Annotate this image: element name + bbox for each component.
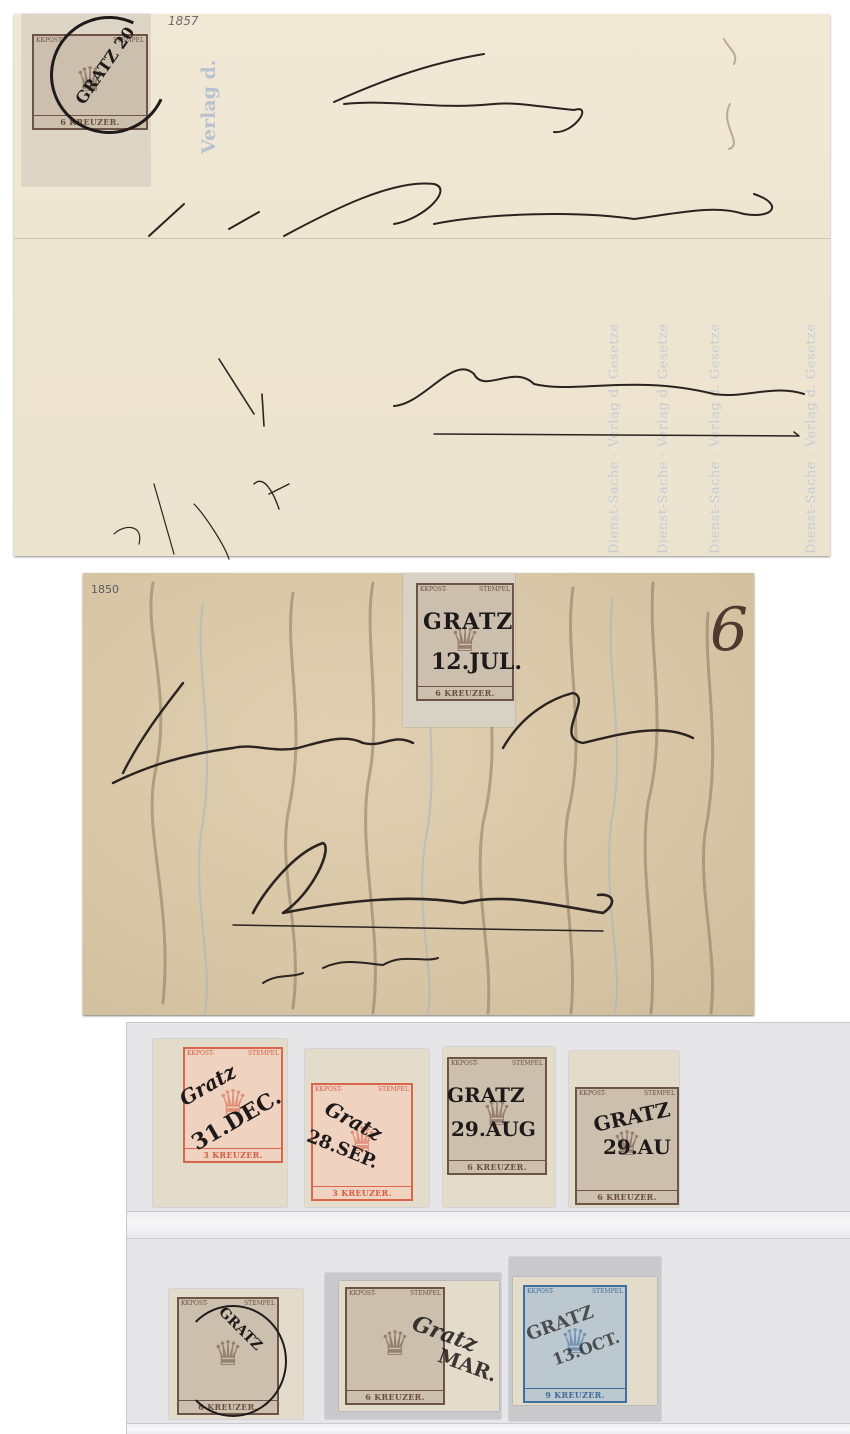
faint-print-column: Dienst-Sache · Verlag d. Gesetze <box>804 14 820 554</box>
stockbook-strip-divider <box>127 1211 850 1239</box>
stamp-value: 6 KREUZER. <box>347 1390 443 1403</box>
stamp-legend: KKPOST- STEMPEL <box>418 585 512 594</box>
stamp-6-kreuzer: KKPOST- STEMPEL ♛ 6 KREUZER. <box>416 583 514 701</box>
stamp-9-kreuzer: KKPOST-STEMPEL ♛ 9 KREUZER. <box>523 1285 627 1403</box>
stamp-legend: KKPOST- STEMPEL <box>34 36 146 45</box>
stamp-value: 3 KREUZER. <box>313 1186 411 1199</box>
eagle-crest-icon: ♛ <box>418 594 512 686</box>
stamp-6-kreuzer: KKPOST-STEMPEL ♛ 6 KREUZER. <box>575 1087 679 1205</box>
stamp-value: 3 KREUZER. <box>185 1148 281 1161</box>
eagle-crest-icon: ♛ <box>577 1098 677 1190</box>
cover-1850-front: 1850 6 KKPOST- STEMPEL ♛ 6 KREUZER. GRAT… <box>83 573 754 1015</box>
stamp-value: 6 KREUZER. <box>577 1190 677 1203</box>
stamp-6-kreuzer: KKPOST-STEMPEL ♛ 6 KREUZER. <box>447 1057 547 1175</box>
eagle-crest-icon: ♛ <box>185 1058 281 1148</box>
stamp-6-kreuzer: KKPOST- STEMPEL ♛ 6 KREUZER. <box>32 34 148 130</box>
eagle-crest-icon: ♛ <box>313 1094 411 1186</box>
stamp-value: 6 KREUZER. <box>418 686 512 699</box>
eagle-crest-icon: ♛ <box>525 1296 625 1388</box>
rate-mark: 6 <box>710 595 748 665</box>
eagle-crest-icon: ♛ <box>179 1308 277 1400</box>
eagle-crest-icon: ♛ <box>449 1068 545 1160</box>
stamp-value: 6 KREUZER. <box>449 1160 545 1173</box>
stamp-value: 9 KREUZER. <box>525 1388 625 1401</box>
faint-print-column: Dienst-Sache · Verlag d. Gesetze <box>656 14 672 554</box>
stamp-value: 6 KREUZER. <box>179 1400 277 1413</box>
stamp-6-kreuzer: KKPOST-STEMPEL ♛ 6 KREUZER. <box>345 1287 445 1405</box>
faint-handstamp: Verlag d. <box>198 34 258 154</box>
stockbook-page: KKPOST-STEMPEL ♛ 3 KREUZER. Gratz 31.DEC… <box>126 1022 850 1434</box>
stamp-3-kreuzer: KKPOST-STEMPEL ♛ 3 KREUZER. <box>311 1083 413 1201</box>
eagle-crest-icon: ♛ <box>34 45 146 115</box>
eagle-crest-icon: ♛ <box>347 1298 443 1390</box>
faint-print-column: Dienst-Sache · Verlag d. Gesetze <box>607 14 623 554</box>
cover-1857-letter: Dienst-Sache · Verlag d. Gesetze Dienst-… <box>14 14 830 556</box>
faint-print-column: Dienst-Sache · Verlag d. Gesetze <box>708 14 724 554</box>
year-note: 1857 <box>168 14 199 28</box>
stockbook-strip-divider <box>127 1423 850 1434</box>
stamp-6-kreuzer: KKPOST-STEMPEL ♛ 6 KREUZER. <box>177 1297 279 1415</box>
stamp-value: 6 KREUZER. <box>34 115 146 128</box>
year-note: 1850 <box>91 583 119 596</box>
stamp-3-kreuzer: KKPOST-STEMPEL ♛ 3 KREUZER. <box>183 1047 283 1163</box>
